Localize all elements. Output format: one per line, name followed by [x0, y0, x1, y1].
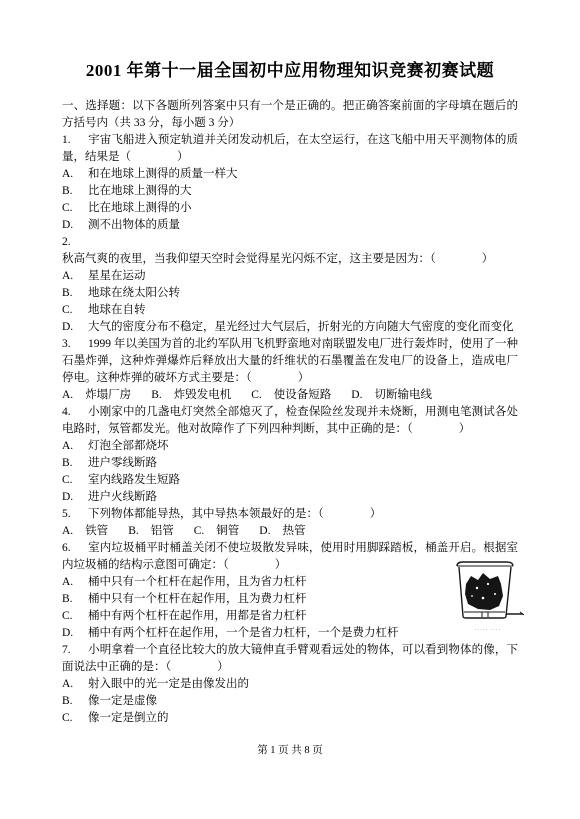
option-row: C.比在地球上测得的小	[62, 200, 518, 217]
option-label: D.	[259, 523, 270, 540]
option-b: B.炸毁发电机	[151, 389, 231, 401]
question-body-text: 宇宙飞船进入预定轨道并关闭发动机后，在太空运行，在这飞船中用天平测物体的质量，结…	[62, 134, 518, 163]
question-body-text: 下列物体都能导热，其中导热本领最好的是：（ ）	[88, 508, 381, 520]
question-number: 2.	[62, 234, 88, 251]
option-text: 使设备短路	[274, 389, 332, 401]
option-text: 桶中只有一个杠杆在起作用，且为省力杠杆	[88, 576, 307, 588]
option-label: A.	[62, 523, 73, 540]
option-label: B.	[128, 523, 139, 540]
option-label: B.	[62, 455, 88, 472]
question-text: 2.秋高气爽的夜里，当我仰望天空时会觉得星光闪烁不定，这主要是因为：（ ）	[62, 234, 518, 268]
option-label: D.	[62, 217, 88, 234]
option-label: B.	[62, 183, 88, 200]
question-5: 5.下列物体都能导热，其中导热本领最好的是：（ ） A.铁管B.铝管C.铜管D.…	[62, 506, 518, 540]
option-text: 进户零线断路	[88, 457, 157, 469]
question-text: 3.1999 年以美国为首的北约军队用飞机野蛮地对南联盟发电厂进行轰炸时，使用了…	[62, 336, 518, 387]
question-3: 3.1999 年以美国为首的北约军队用飞机野蛮地对南联盟发电厂进行轰炸时，使用了…	[62, 336, 518, 404]
option-c: C.使设备短路	[251, 389, 331, 401]
option-label: D.	[62, 625, 88, 642]
option-text: 比在地球上测得的小	[88, 202, 192, 214]
question-body-text: 小刚家中的几盏电灯突然全部熄灭了，检查保险丝发现并未烧断，用测电笔测试各处电路时…	[62, 406, 518, 435]
question-body-text: 小明拿着一个直径比较大的放大镜伸直手臂观看远处的物体，可以看到物体的像，下面说法…	[62, 644, 518, 673]
option-text: 射入眼中的光一定是由像发出的	[88, 678, 249, 690]
option-text: 进户火线断路	[88, 491, 157, 503]
option-row: D.进户火线断路	[62, 489, 518, 506]
option-row: B.像一定是虚像	[62, 693, 518, 710]
option-text: 星星在运动	[88, 270, 146, 282]
option-row: B.比在地球上测得的大	[62, 183, 518, 200]
options-inline-row: A.铁管B.铝管C.铜管D.热管	[62, 523, 518, 540]
option-label: C.	[62, 302, 88, 319]
option-c: C.铜管	[194, 525, 240, 537]
option-label: A.	[62, 387, 73, 404]
option-text: 桶中有两个杠杆在起作用，用都是省力杠杆	[88, 610, 307, 622]
option-text: 室内线路发生短路	[88, 474, 180, 486]
option-row: A.灯泡全部都烧坏	[62, 438, 518, 455]
option-label: B.	[62, 693, 88, 710]
option-label: C.	[62, 200, 88, 217]
option-row: C.像一定是倒立的	[62, 710, 518, 727]
option-text: 炸塌厂房	[85, 389, 131, 401]
question-number: 3.	[62, 336, 88, 353]
question-number: 6.	[62, 540, 88, 557]
option-label: A.	[62, 268, 88, 285]
question-number: 5.	[62, 506, 88, 523]
question-1: 1.宇宙飞船进入预定轨道并关闭发动机后，在太空运行，在这飞船中用天平测物体的质量…	[62, 132, 518, 234]
option-text: 大气的密度分布不稳定，星光经过大气层后，折射光的方向随大气密度的变化而变化	[88, 321, 514, 333]
option-text: 热管	[282, 525, 305, 537]
document-page: 2001 年第十一届全国初中应用物理知识竞赛初赛试题 一、选择题：以下各题所列答…	[0, 0, 580, 819]
option-row: B.地球在绕太阳公转	[62, 285, 518, 302]
option-row: A.射入眼中的光一定是由像发出的	[62, 676, 518, 693]
option-label: B.	[62, 591, 88, 608]
trash-can-illustration	[450, 558, 526, 628]
option-text: 铜管	[216, 525, 239, 537]
page-footer: 第 1 页 共 8 页	[0, 744, 580, 758]
option-text: 像一定是虚像	[88, 695, 157, 707]
question-text: 5.下列物体都能导热，其中导热本领最好的是：（ ）	[62, 506, 518, 523]
option-label: C.	[194, 523, 205, 540]
option-row: D.大气的密度分布不稳定，星光经过大气层后，折射光的方向随大气密度的变化而变化	[62, 319, 518, 336]
option-label: A.	[62, 574, 88, 591]
question-body-text: 秋高气爽的夜里，当我仰望天空时会觉得星光闪烁不定，这主要是因为：（ ）	[62, 253, 493, 265]
question-number: 1.	[62, 132, 88, 149]
option-row: D.测不出物体的质量	[62, 217, 518, 234]
option-text: 测不出物体的质量	[88, 219, 180, 231]
page-title: 2001 年第十一届全国初中应用物理知识竞赛初赛试题	[62, 58, 518, 84]
option-text: 切断输电线	[374, 389, 432, 401]
question-body-text: 1999 年以美国为首的北约军队用飞机野蛮地对南联盟发电厂进行轰炸时，使用了一种…	[62, 338, 518, 384]
option-label: B.	[151, 387, 162, 404]
question-2: 2.秋高气爽的夜里，当我仰望天空时会觉得星光闪烁不定，这主要是因为：（ ） A.…	[62, 234, 518, 336]
option-text: 地球在绕太阳公转	[88, 287, 180, 299]
option-text: 炸毁发电机	[174, 389, 232, 401]
option-label: A.	[62, 166, 88, 183]
question-number: 4.	[62, 404, 88, 421]
question-text: 1.宇宙飞船进入预定轨道并关闭发动机后，在太空运行，在这飞船中用天平测物体的质量…	[62, 132, 518, 166]
option-text: 灯泡全部都烧坏	[88, 440, 169, 452]
option-a: A.铁管	[62, 525, 108, 537]
option-row: C.室内线路发生短路	[62, 472, 518, 489]
option-text: 像一定是倒立的	[88, 712, 169, 724]
option-label: D.	[351, 387, 362, 404]
question-4: 4.小刚家中的几盏电灯突然全部熄灭了，检查保险丝发现并未烧断，用测电笔测试各处电…	[62, 404, 518, 506]
trash-can-figure: ····· ····	[448, 558, 528, 634]
option-label: C.	[251, 387, 262, 404]
option-b: B.铝管	[128, 525, 174, 537]
option-text: 桶中只有一个杠杆在起作用，且为费力杠杆	[88, 593, 307, 605]
question-text: 4.小刚家中的几盏电灯突然全部熄灭了，检查保险丝发现并未烧断，用测电笔测试各处电…	[62, 404, 518, 438]
option-d: D.热管	[259, 525, 305, 537]
option-row: B.进户零线断路	[62, 455, 518, 472]
question-number: 7.	[62, 642, 88, 659]
figure-caption: ····· ····	[448, 628, 528, 634]
option-label: C.	[62, 608, 88, 625]
option-row: C.地球在自转	[62, 302, 518, 319]
option-text: 铝管	[151, 525, 174, 537]
question-text: 7.小明拿着一个直径比较大的放大镜伸直手臂观看远处的物体，可以看到物体的像，下面…	[62, 642, 518, 676]
option-a: A.炸塌厂房	[62, 389, 131, 401]
option-label: D.	[62, 319, 88, 336]
option-text: 桶中有两个杠杆在起作用，一个是省力杠杆，一个是费力杠杆	[88, 627, 399, 639]
option-label: A.	[62, 676, 88, 693]
option-label: D.	[62, 489, 88, 506]
question-7: 7.小明拿着一个直径比较大的放大镜伸直手臂观看远处的物体，可以看到物体的像，下面…	[62, 642, 518, 727]
option-d: D.切断输电线	[351, 389, 432, 401]
option-label: C.	[62, 710, 88, 727]
option-label: C.	[62, 472, 88, 489]
option-text: 地球在自转	[88, 304, 146, 316]
option-text: 和在地球上测得的质量一样大	[88, 168, 238, 180]
option-row: A.和在地球上测得的质量一样大	[62, 166, 518, 183]
option-row: A.星星在运动	[62, 268, 518, 285]
section-intro: 一、选择题：以下各题所列答案中只有一个是正确的。把正确答案前面的字母填在题后的方…	[62, 98, 518, 132]
option-label: B.	[62, 285, 88, 302]
option-text: 比在地球上测得的大	[88, 185, 192, 197]
options-inline-row: A.炸塌厂房B.炸毁发电机C.使设备短路D.切断输电线	[62, 387, 518, 404]
option-label: A.	[62, 438, 88, 455]
option-text: 铁管	[85, 525, 108, 537]
